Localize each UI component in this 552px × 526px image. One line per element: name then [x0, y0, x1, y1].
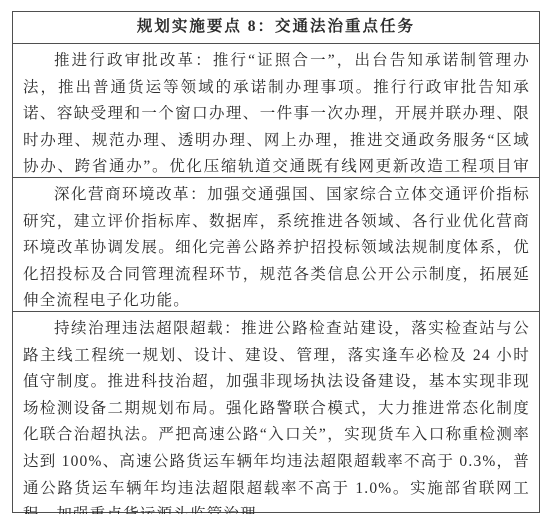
key-tasks-table: 规划实施要点 8：交通法治重点任务 推进行政审批改革：推行“证照合一”，出台告知… — [12, 11, 540, 513]
table-title: 规划实施要点 8：交通法治重点任务 — [13, 12, 539, 44]
paragraph-overload-overlimit-control: 持续治理违法超限超载：推进公路检查站建设，落实检查站与公路主线工程统一规划、设计… — [13, 312, 539, 514]
paragraph-admin-approval-reform: 推进行政审批改革：推行“证照合一”，出台告知承诺制管理办法，推出普通货运等领域的… — [13, 44, 539, 178]
paragraph-business-environment-reform: 深化营商环境改革：加强交通强国、国家综合立体交通评价指标研究，建立评价指标库、数… — [13, 178, 539, 312]
